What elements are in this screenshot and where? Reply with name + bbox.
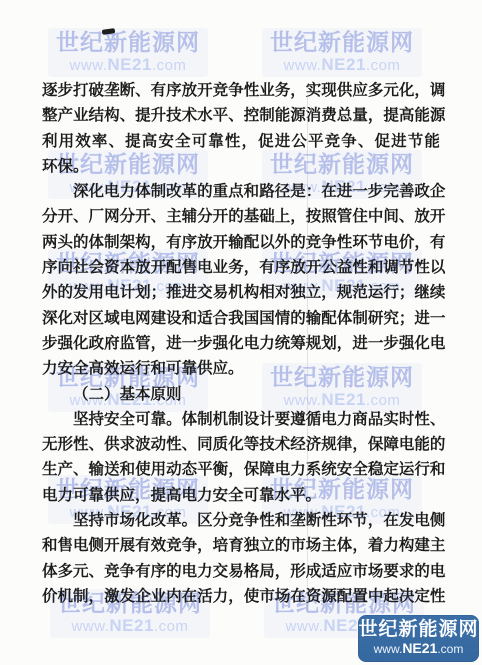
watermark-site-url: www.NE21.com — [264, 56, 420, 75]
text-line: 序向社会资本放开配售电业务，有序放开公益性和调节性以 — [42, 255, 440, 280]
text-line: 深化电力体制改革的重点和路径是：在进一步完善政企 — [42, 179, 440, 204]
text-line: 环保。 — [42, 154, 440, 179]
watermark-site-name: 世纪新能源网 — [264, 29, 420, 56]
site-name-label: 世纪新能源网 — [358, 618, 479, 641]
url-domain: NE21 — [402, 640, 437, 656]
text-line: 外的发用电计划；推进交易机构相对独立，规范运行；继续 — [42, 280, 440, 305]
url-suffix: .com — [437, 642, 463, 656]
text-line: 步强化政府监管，进一步强化电力统筹规划，进一步强化电 — [42, 331, 440, 356]
text-line: （二）基本原则 — [42, 382, 440, 407]
text-line: 无形性、供求波动性、同质化等技术经济规律，保障电能的 — [42, 432, 440, 457]
scanned-document-page: 世纪新能源网www.NE21.com世纪新能源网www.NE21.com世纪新能… — [0, 0, 482, 665]
document-text: 逐步打破垄断、有序放开竞争性业务，实现供应多元化，调整产业结构、提升技术水平、控… — [42, 78, 440, 609]
text-line: 价机制，激发企业内在活力，使市场在资源配置中起决定性 — [42, 584, 440, 609]
text-line: 坚持市场化改革。区分竞争性和垄断性环节，在发电侧 — [42, 508, 440, 533]
text-line: 生产、输送和使用动态平衡，保障电力系统安全稳定运行和 — [42, 457, 440, 482]
watermark: 世纪新能源网www.NE21.com — [262, 28, 422, 77]
watermark: 世纪新能源网www.NE21.com — [48, 28, 208, 77]
text-line: 力安全高效运行和可靠供应。 — [42, 356, 440, 381]
text-line: 和售电侧开展有效竞争，培育独立的市场主体，着力构建主 — [42, 533, 440, 558]
page-fold-crease — [307, 95, 308, 610]
watermark-site-name: 世纪新能源网 — [50, 29, 206, 56]
site-logo-badge: 世纪新能源网 www.NE21.com — [358, 615, 479, 662]
text-line: 深化对区域电网建设和适合我国国情的输配体制研究；进一 — [42, 306, 440, 331]
url-prefix: www. — [374, 642, 403, 656]
text-line: 两头的体制架构，有序放开输配以外的竞争性环节电价，有 — [42, 230, 440, 255]
text-line: 电力可靠供应，提高电力安全可靠水平。 — [42, 483, 440, 508]
watermark-site-url: www.NE21.com — [50, 56, 206, 75]
text-line: 分开、厂网分开、主辅分开的基础上，按照管住中间、放开 — [42, 204, 440, 229]
text-line: 体多元、竞争有序的电力交易格局，形成适应市场要求的电 — [42, 559, 440, 584]
text-line: 坚持安全可靠。体制机制设计要遵循电力商品实时性、 — [42, 407, 440, 432]
text-line: 利用效率、提高安全可靠性，促进公平竞争、促进节能 — [42, 129, 440, 154]
watermark-site-url: www.NE21.com — [52, 617, 208, 636]
site-url-label: www.NE21.com — [358, 641, 479, 657]
text-line: 整产业结构、提升技术水平、控制能源消费总量，提高能源 — [42, 103, 440, 128]
text-line: 逐步打破垄断、有序放开竞争性业务，实现供应多元化，调 — [42, 78, 440, 103]
